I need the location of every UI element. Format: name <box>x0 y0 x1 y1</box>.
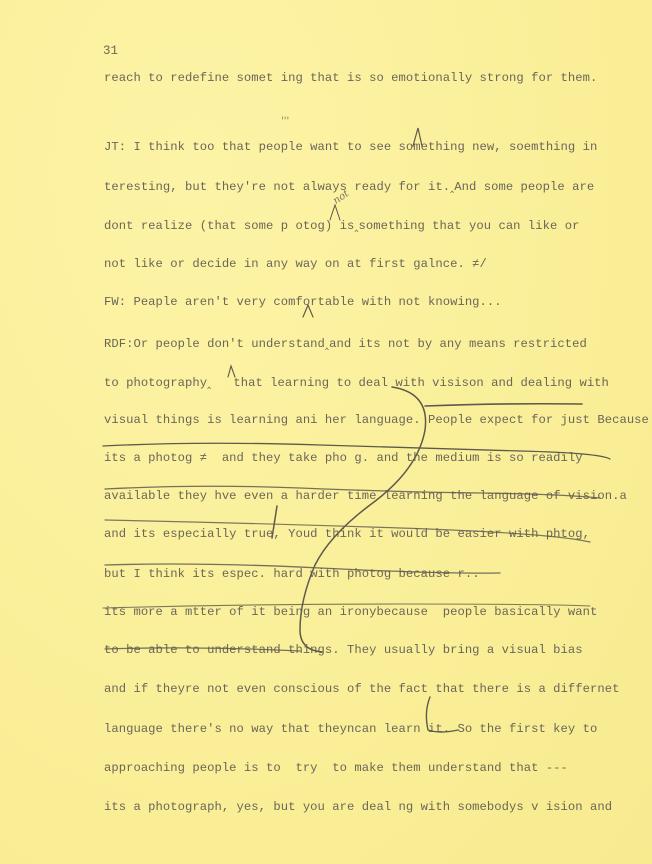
line-text: not like or decide in any way on at firs… <box>104 257 487 271</box>
typed-line: dont realize (that some p otog) is‸somet… <box>104 218 579 233</box>
typed-line: available they hve even a harder time le… <box>104 489 627 503</box>
typed-line: not like or decide in any way on at firs… <box>104 257 487 271</box>
typed-line: RDF:Or people don't understand‸and its n… <box>104 336 587 351</box>
struck-text: time learning the language of vision.a <box>347 489 627 503</box>
typed-line: JT: I think too that people want to see … <box>104 140 597 154</box>
struck-text: its more a mtter of it being an irony <box>104 605 376 619</box>
line-text: visual things is learning ani her langua… <box>104 413 421 427</box>
typed-line: to be able to understand things. They us… <box>104 643 583 657</box>
typed-line: its more a mtter of it being an ironybec… <box>104 605 597 619</box>
typed-line: visual things is learning ani her langua… <box>104 413 649 427</box>
struck-text: People expect for just Because <box>421 413 649 427</box>
struck-text: and its especially true, Youd think it w… <box>104 527 590 541</box>
typewritten-page: 31 reach to redefine somet ing that is s… <box>0 0 652 864</box>
line-text: available they hve even a harder <box>104 489 347 503</box>
typed-line: but I think its espec. hard with photog … <box>104 567 480 581</box>
typed-line: FW: Peaple aren't very comfortable with … <box>104 295 502 309</box>
line-text: and if theyre not even conscious of the … <box>104 682 619 696</box>
handwritten-insert-mark: ''' <box>281 116 289 127</box>
typed-line: approaching people is to try to make the… <box>104 761 568 775</box>
typed-line: teresting, but they're not always ready … <box>104 179 594 194</box>
line-text: teresting, but they're not always ready … <box>104 180 594 194</box>
typed-line: its a photograph, yes, but you are deal … <box>104 800 612 814</box>
typed-line: its a photog ≠ and they take pho g. and … <box>104 451 583 465</box>
struck-text: its a photog ≠ and they take pho g. and … <box>104 451 583 465</box>
typed-line: and if theyre not even conscious of the … <box>104 682 619 696</box>
line-text: JT: I think too that people want to see … <box>104 140 597 154</box>
line-text: to photography‸ that learning to deal wi… <box>104 376 609 390</box>
line-text-after: because people basically want <box>376 605 597 619</box>
line-text: approaching people is to try to make the… <box>104 761 568 775</box>
line-text: FW: Peaple aren't very comfortable with … <box>104 295 502 309</box>
typed-line: to photography‸ that learning to deal wi… <box>104 375 609 390</box>
struck-text: be able to understand things. <box>126 643 340 657</box>
line-text-after: They usually bring a visual bias <box>340 643 583 657</box>
line-text: to <box>104 643 126 657</box>
page-number: 31 <box>103 44 118 58</box>
line-text: RDF:Or people don't understand‸and its n… <box>104 337 587 351</box>
line-text: reach to redefine somet ing that is so e… <box>104 71 597 85</box>
struck-text: I think its espec. hard with photog beca… <box>133 567 479 581</box>
typed-line: and its especially true, Youd think it w… <box>104 527 590 541</box>
typed-line: language there's no way that theyncan le… <box>104 722 597 736</box>
line-text: language there's no way that theyncan le… <box>104 722 597 736</box>
typed-line: reach to redefine somet ing that is so e… <box>104 71 597 85</box>
line-text: dont realize (that some p otog) is‸somet… <box>104 219 579 233</box>
line-text: its a photograph, yes, but you are deal … <box>104 800 612 814</box>
line-text: but <box>104 567 133 581</box>
